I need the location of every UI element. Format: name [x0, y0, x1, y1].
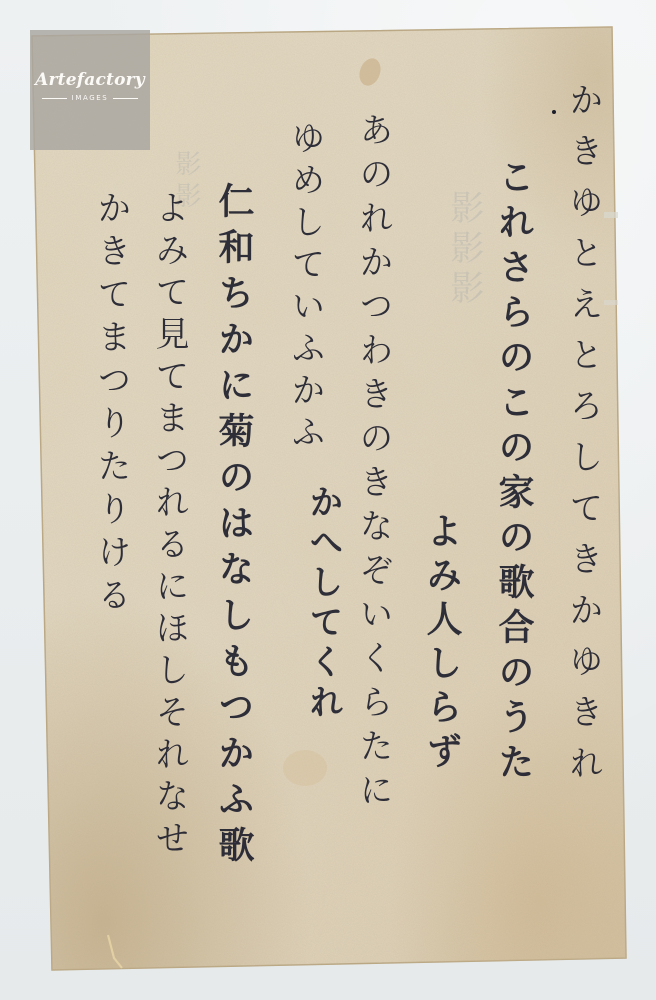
calligraphy-column-8: よみて見てまつれるにほしそれなせ	[152, 190, 186, 862]
calligraphy-column-3: よみ人しらず	[424, 512, 460, 776]
calligraphy-column-1: かきゆとえとろしてきかゆきれ	[566, 82, 600, 796]
ink-dot	[552, 110, 556, 114]
show-through-text: 影影影	[440, 190, 489, 310]
watermark-subtitle-row: IMAGES	[42, 94, 139, 102]
calligraphy-column-7: 仁和ちかに菊のはなしもつかふ歌	[216, 182, 252, 872]
calligraphy-column-4: あのれかつわきのきなぞいくらたに	[356, 112, 390, 816]
watermark-rule-right	[113, 98, 138, 99]
watermark-logo: Artefactory IMAGES	[30, 30, 150, 150]
calligraphy-column-9: かきてまつりたりける	[94, 190, 128, 620]
calligraphy-column-6: かへしてくれ	[306, 484, 340, 724]
watermark-subtitle: IMAGES	[72, 94, 109, 102]
calligraphy-column-5: ゆめしていふかふ	[288, 120, 322, 456]
watermark-rule-left	[42, 98, 67, 99]
calligraphy-column-2: これさらのこの家の歌合のうた	[496, 158, 532, 788]
watermark-brand: Artefactory	[35, 70, 145, 90]
